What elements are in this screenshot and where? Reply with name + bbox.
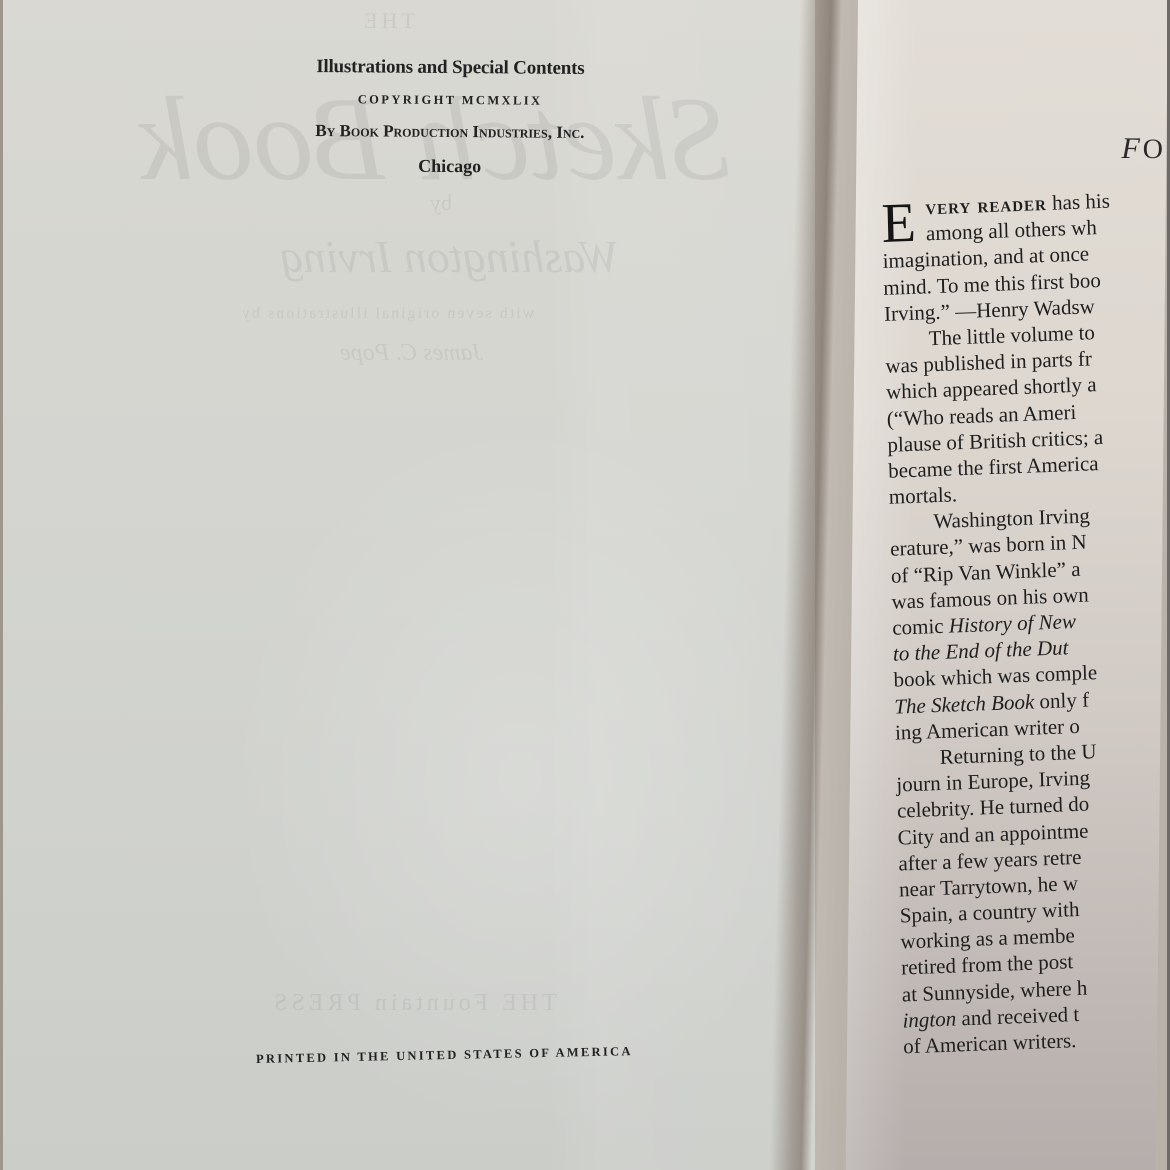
show-through-press: THE Fountain PRESS: [270, 990, 557, 1017]
foreword-heading: FO: [1121, 132, 1166, 166]
show-through-the: THE: [360, 8, 415, 34]
illustrations-line: Illustrations and Special Contents: [240, 53, 660, 84]
foreword-body: E very reader has hisamong all others wh…: [881, 181, 1168, 1060]
line-text: and received t: [956, 1002, 1080, 1030]
left-page-copyright: THE Sketch Book by Washington Irving wit…: [0, 0, 815, 1170]
italic-title: ington: [902, 1006, 956, 1032]
city-line: Chicago: [240, 153, 660, 180]
italic-title: The Sketch Book: [894, 689, 1035, 718]
copyright-block: Illustrations and Special Contents COPYR…: [240, 53, 661, 180]
publisher-line: By Book Production Industries, Inc.: [240, 119, 660, 146]
line-text: has his: [1047, 189, 1111, 215]
line-text: comic: [892, 614, 949, 640]
small-caps-lead: very reader: [925, 191, 1047, 219]
show-through-with: with seven original illustrations by: [240, 305, 534, 323]
right-page-foreword: FO E very reader has hisamong all others…: [846, 0, 1168, 1170]
copyright-year-line: COPYRIGHT MCMXLIX: [240, 89, 660, 112]
book-spread: THE Sketch Book by Washington Irving wit…: [0, 0, 1170, 1170]
line-text: mortals.: [889, 482, 958, 508]
line-text: only f: [1034, 687, 1089, 713]
show-through-by: by: [430, 190, 452, 216]
heading-rest: O: [1143, 134, 1167, 165]
show-through-illustrator: James C. Pope: [340, 340, 483, 367]
line-text: of American writers.: [903, 1028, 1077, 1058]
italic-title: History of New: [948, 609, 1076, 638]
heading-initial: F: [1121, 132, 1143, 165]
